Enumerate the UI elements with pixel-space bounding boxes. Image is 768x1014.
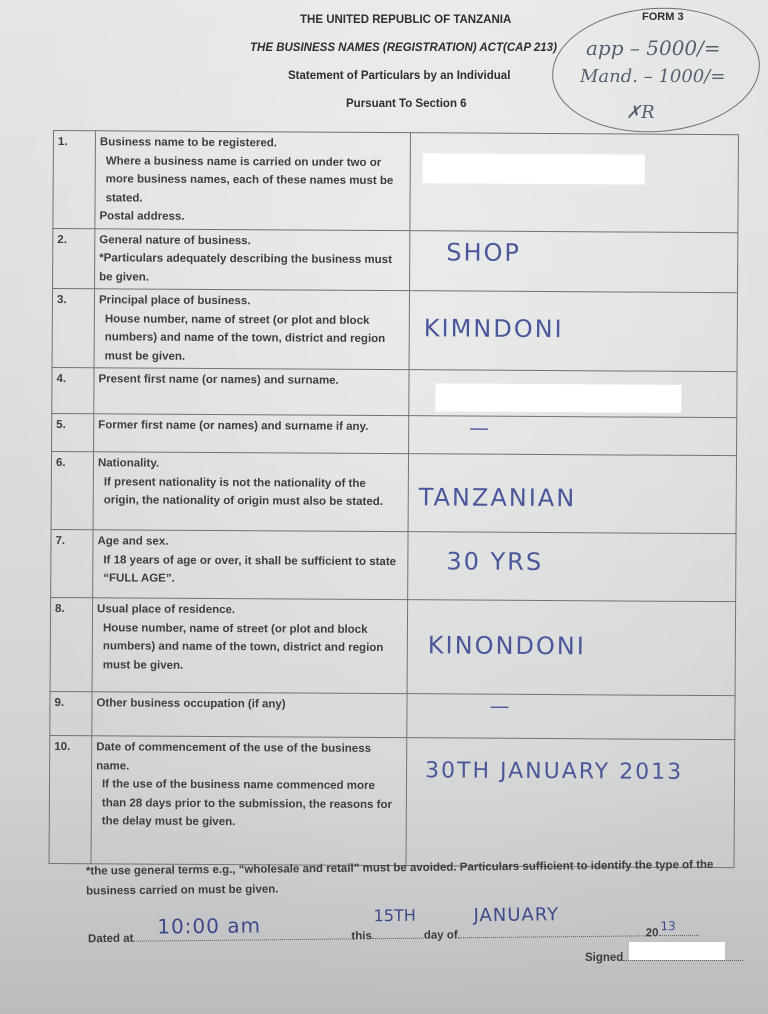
row-number: 7. xyxy=(51,529,93,597)
table-row: 8. Usual place of residence. House numbe… xyxy=(50,597,736,695)
row-title: Other business occupation (if any) xyxy=(96,694,402,714)
this-label: this xyxy=(351,930,372,942)
present-name-field[interactable] xyxy=(409,370,737,418)
table-row: 10. Date of commencement of the use of t… xyxy=(49,735,735,867)
row-number: 5. xyxy=(52,413,94,451)
signed-label: Signed xyxy=(585,952,623,964)
dated-at-label: Dated at xyxy=(88,933,133,945)
year-field[interactable]: 13 xyxy=(658,925,698,936)
table-row: 2. General nature of business. *Particul… xyxy=(53,228,738,293)
row-number: 9. xyxy=(50,691,92,735)
footnote: *the use general terms e.g., “wholesale … xyxy=(86,854,756,901)
principal-place-value: KIMNDONI xyxy=(424,319,564,338)
handwritten-fee-app: app – 5000/= xyxy=(586,36,721,60)
act-heading: THE BUSINESS NAMES (REGISTRATION) ACT(CA… xyxy=(250,42,557,54)
row-description: Usual place of residence. House number, … xyxy=(92,598,408,694)
handwritten-fee-mand: Mand. – 1000/= xyxy=(580,66,725,87)
redacted-business-name xyxy=(423,153,645,184)
redacted-present-name xyxy=(435,383,681,413)
residence-value: KINONDONI xyxy=(428,636,586,655)
row-title: Age and sex. xyxy=(97,532,403,552)
commencement-date-value: 30TH JANUARY 2013 xyxy=(425,762,683,782)
row-title: Business name to be registered. xyxy=(100,133,406,153)
row-description: Former first name (or names) and surname… xyxy=(94,414,409,454)
other-occupation-value: — xyxy=(489,697,511,716)
table-row: 7. Age and sex. If 18 years of age or ov… xyxy=(51,529,736,601)
row-title: Former first name (or names) and surname… xyxy=(98,416,404,436)
row-description: Age and sex. If 18 years of age or over,… xyxy=(93,530,408,600)
table-row: 4. Present first name (or names) and sur… xyxy=(52,367,737,417)
day-field[interactable]: 15TH xyxy=(372,928,424,940)
signed-line: Signed xyxy=(585,950,743,964)
statement-heading: Statement of Particulars by an Individua… xyxy=(288,70,510,82)
business-nature-value: SHOP xyxy=(446,243,521,262)
row-title: General nature of business. xyxy=(99,231,405,251)
principal-place-field[interactable]: KIMNDONI xyxy=(409,291,737,372)
row-description: Other business occupation (if any) xyxy=(92,692,407,738)
signature-field[interactable] xyxy=(623,950,743,961)
section-heading: Pursuant To Section 6 xyxy=(346,98,467,110)
row-number: 6. xyxy=(51,451,93,529)
row-description: General nature of business. *Particulars… xyxy=(95,228,410,290)
year-prefix: 20 xyxy=(646,927,659,939)
month-field[interactable]: JANUARY xyxy=(458,925,646,938)
residence-field[interactable]: KINONDONI xyxy=(407,600,736,696)
month-value: JANUARY xyxy=(473,904,559,926)
row-number: 2. xyxy=(53,228,95,289)
row-description: Business name to be registered. Where a … xyxy=(95,131,411,230)
row-number: 8. xyxy=(50,597,93,691)
table-row: 3. Principal place of business. House nu… xyxy=(52,289,737,372)
row-number: 3. xyxy=(52,289,94,368)
age-sex-value: 30 YRS xyxy=(446,552,543,571)
other-occupation-field[interactable]: — xyxy=(407,694,735,740)
dated-at-value: 10:00 am xyxy=(157,913,261,938)
business-name-field[interactable] xyxy=(410,133,739,233)
row-description: Present first name (or names) and surnam… xyxy=(94,368,409,416)
year-value: 13 xyxy=(660,919,675,933)
dated-line: Dated at10:00 amthis15THday ofJANUARY201… xyxy=(88,925,699,945)
day-of-label: day of xyxy=(424,929,458,941)
row-detail: *Particulars adequately describing the b… xyxy=(99,249,405,288)
row-detail: House number, name of street (or plot an… xyxy=(99,310,405,367)
nationality-field[interactable]: TANZANIAN xyxy=(408,454,736,534)
table-row: 5. Former first name (or names) and surn… xyxy=(52,413,737,455)
row-number: 10. xyxy=(49,735,92,863)
row-detail: Where a business name is carried on unde… xyxy=(100,152,406,209)
nationality-value: TANZANIAN xyxy=(419,488,577,507)
row-number: 1. xyxy=(53,131,96,229)
business-nature-field[interactable]: SHOP xyxy=(410,230,738,293)
table-row: 1. Business name to be registered. Where… xyxy=(53,131,739,233)
dated-at-field[interactable]: 10:00 am xyxy=(133,928,351,941)
particulars-table: 1. Business name to be registered. Where… xyxy=(49,130,739,868)
redacted-signature xyxy=(629,942,725,960)
row-description: Nationality. If present nationality is n… xyxy=(93,452,408,532)
day-value: 15TH xyxy=(374,906,416,925)
row-description: Principal place of business. House numbe… xyxy=(94,289,409,370)
row-title: Nationality. xyxy=(98,454,404,474)
row-title: Present first name (or names) and surnam… xyxy=(98,370,404,390)
row-detail: House number, name of street (or plot an… xyxy=(97,619,403,676)
row-detail: If present nationality is not the nation… xyxy=(98,473,404,512)
table-row: 6. Nationality. If present nationality i… xyxy=(51,451,736,533)
handwritten-initials: ✗R xyxy=(626,102,655,123)
row-title: Usual place of residence. xyxy=(97,600,403,620)
row-description: Date of commencement of the use of the b… xyxy=(91,736,407,866)
row-title: Date of commencement of the use of the b… xyxy=(96,738,402,777)
row-extra: Postal address. xyxy=(99,207,405,227)
table-row: 9. Other business occupation (if any) — xyxy=(50,691,735,739)
country-heading: THE UNITED REPUBLIC OF TANZANIA xyxy=(300,14,511,26)
row-detail: If the use of the business name commence… xyxy=(96,775,402,832)
former-name-value: — xyxy=(469,419,491,438)
row-title: Principal place of business. xyxy=(99,291,405,311)
age-sex-field[interactable]: 30 YRS xyxy=(408,532,736,602)
commencement-date-field[interactable]: 30TH JANUARY 2013 xyxy=(406,738,735,868)
row-detail: If 18 years of age or over, it shall be … xyxy=(97,551,403,590)
former-name-field[interactable]: — xyxy=(409,416,737,456)
row-number: 4. xyxy=(52,367,94,413)
